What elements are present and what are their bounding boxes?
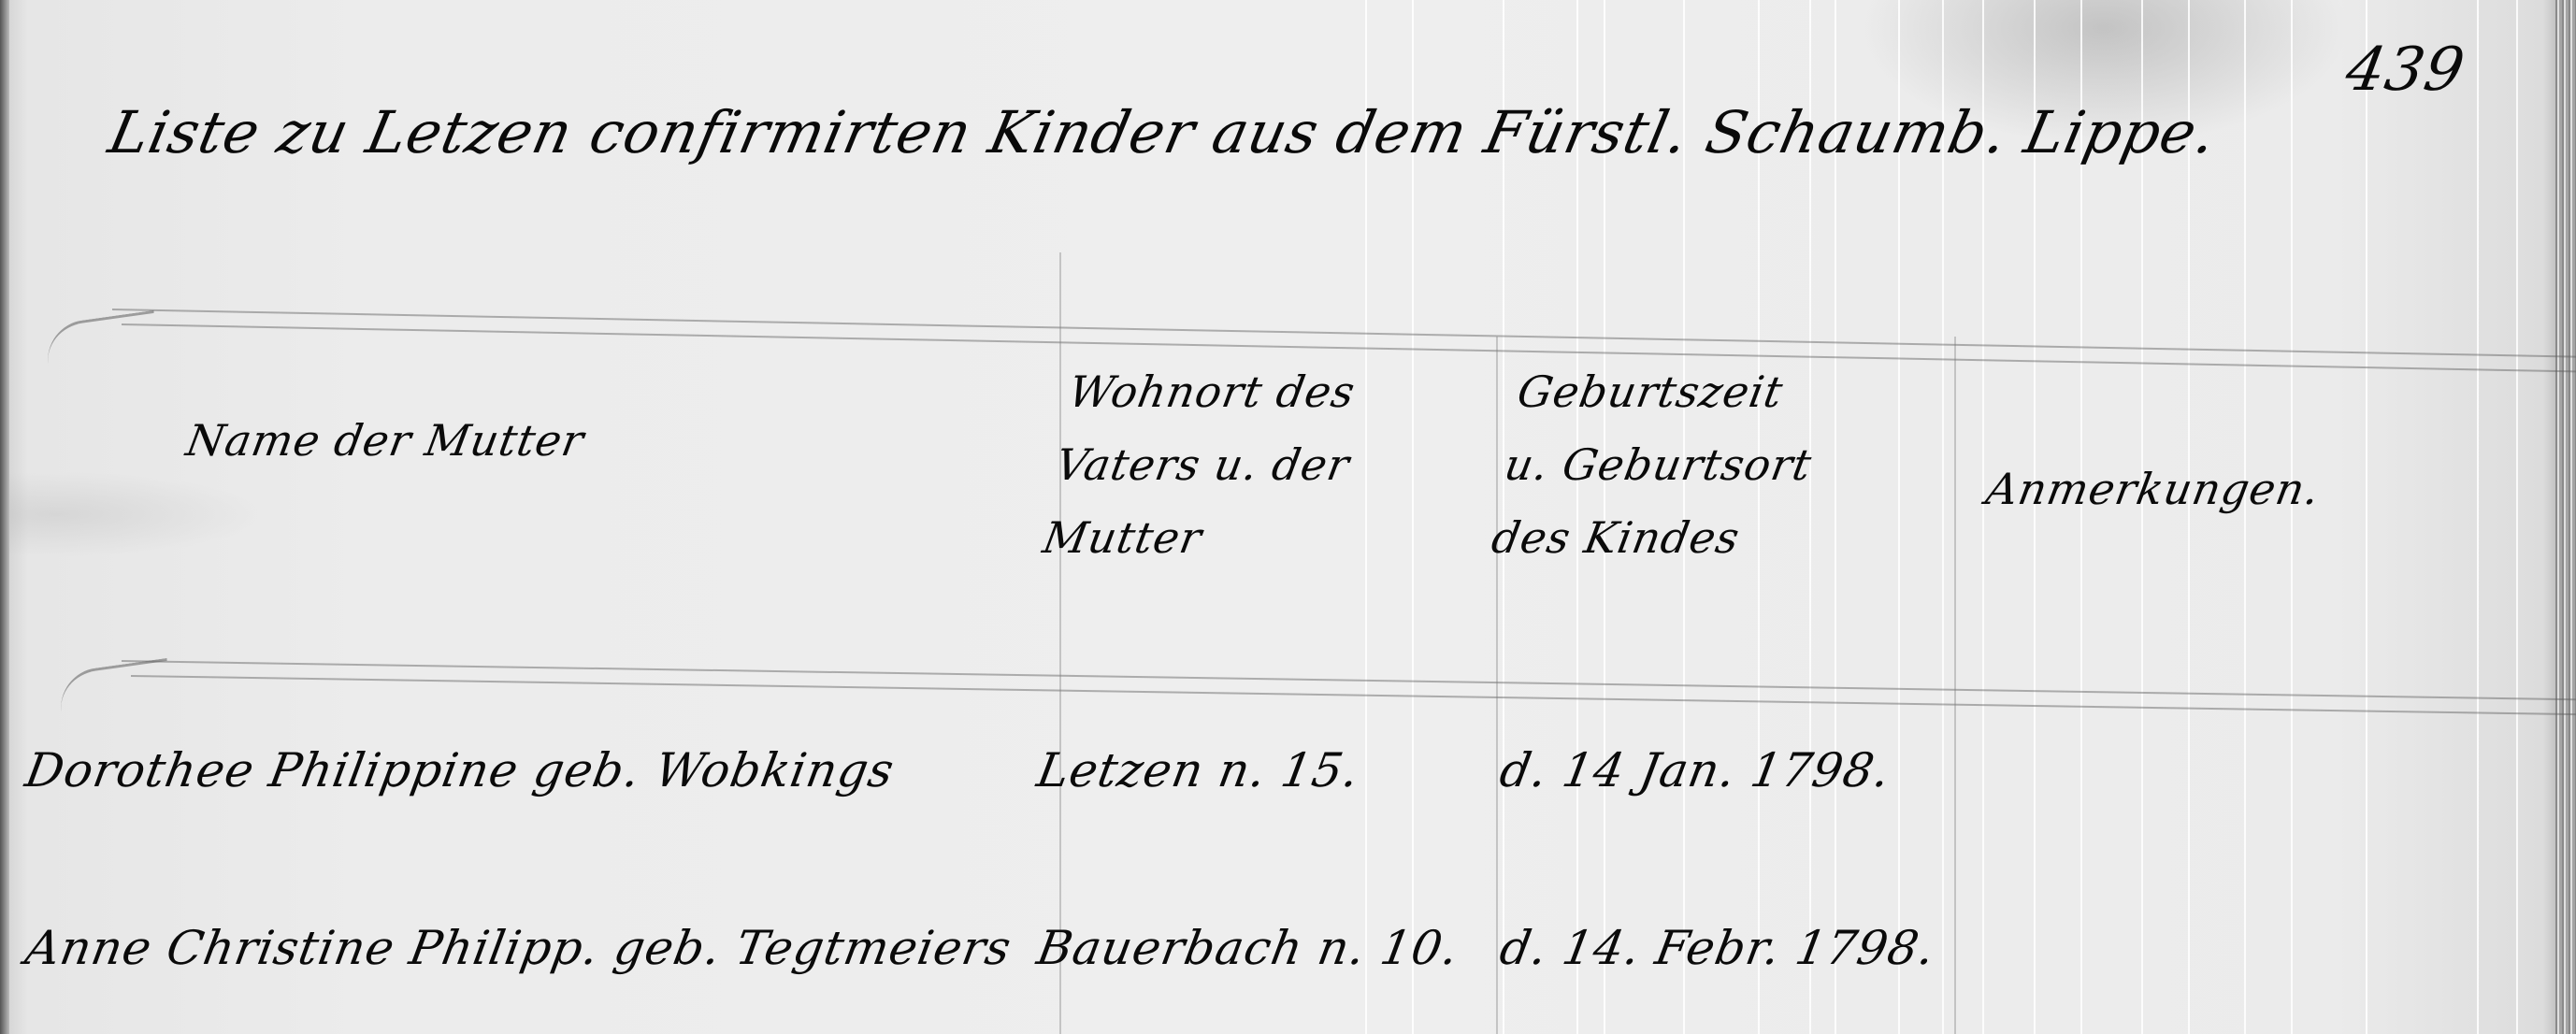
binding-shadow — [0, 0, 9, 1034]
column-header-remarks: Anmerkungen. — [1980, 452, 2325, 525]
register-page-scan: Liste zu Letzen confirmirten Kinder aus … — [0, 0, 2576, 1034]
column-header-mother: Name der Mutter — [180, 404, 590, 477]
scan-streak — [2477, 0, 2479, 1034]
header-line: Wohnort des — [1063, 355, 1369, 428]
scan-streak — [2366, 0, 2367, 1034]
header-line: Geburtszeit — [1512, 355, 1831, 428]
column-divider — [1059, 252, 1061, 1034]
column-divider — [1496, 337, 1498, 1034]
row-1-mother: Dorothee Philippine geb. Wobkings — [22, 743, 899, 797]
header-line: u. Geburtsort — [1499, 428, 1818, 501]
rule-flourish — [56, 658, 173, 713]
rule-flourish — [43, 310, 160, 366]
page-number: 439 — [2340, 36, 2469, 105]
page-edge — [2555, 0, 2576, 1034]
column-header-residence: Wohnort des Vaters u. der Mutter — [1037, 355, 1368, 574]
header-line: des Kindes — [1486, 501, 1805, 574]
row-2-birth: d. 14. Febr. 1798. — [1496, 921, 1939, 975]
scan-streak — [2516, 0, 2518, 1034]
row-1-residence: Letzen n. 15. — [1033, 743, 1364, 797]
page-title: Liste zu Letzen confirmirten Kinder aus … — [103, 98, 2223, 166]
header-rule-top — [112, 309, 2576, 358]
row-2-mother: Anne Christine Philipp. geb. Tegtmeiers — [22, 921, 1015, 975]
row-2-residence: Bauerbach n. 10. — [1033, 921, 1463, 975]
header-line: Vaters u. der — [1050, 428, 1356, 501]
column-divider — [1954, 337, 1956, 1034]
column-header-birth: Geburtszeit u. Geburtsort des Kindes — [1486, 355, 1830, 574]
header-line: Mutter — [1037, 501, 1343, 574]
row-1-birth: d. 14 Jan. 1798. — [1496, 743, 1895, 797]
